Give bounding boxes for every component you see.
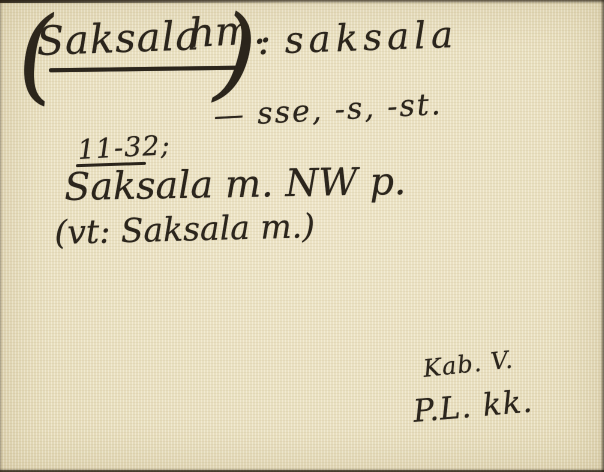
grid-reference: 11-32; (77, 132, 171, 164)
index-card: ( Saksala hm. ) : saksala — sse, -s, -st… (0, 0, 604, 472)
location-line: Saksala m. NW p. (64, 162, 406, 206)
heading-keyword: Saksala (36, 16, 201, 62)
heading-close-paren: ) (213, 2, 260, 107)
cross-reference-line: (vt: Saksala m.) (54, 209, 315, 249)
heading-colon: : (258, 22, 271, 60)
heading-entry-word: saksala (284, 16, 459, 59)
scan-edge-top (0, 0, 300, 3)
